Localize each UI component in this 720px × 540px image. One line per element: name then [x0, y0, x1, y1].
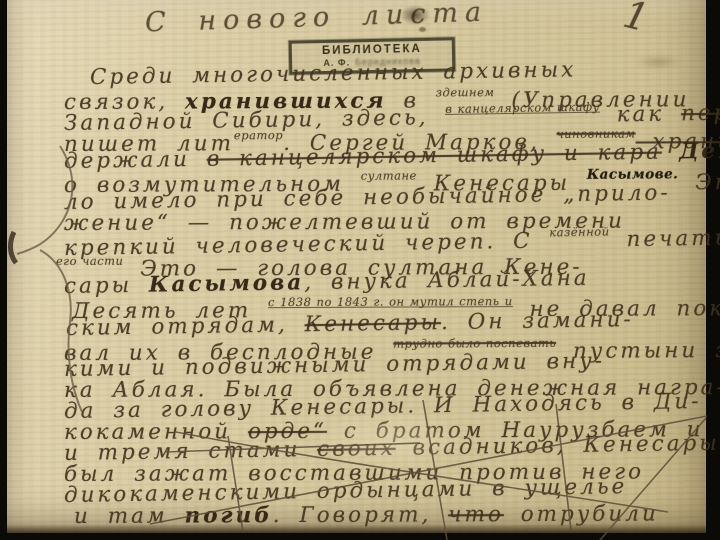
text-segment: в канцелярском шкафу — [445, 101, 600, 114]
text-segment: как — [600, 101, 682, 127]
text-segment: Касымове. — [587, 170, 679, 180]
text-segment: трудно было поспевать — [393, 337, 556, 348]
text-segment: и там — [74, 503, 185, 528]
text-segment: Кенесары — [304, 310, 441, 337]
text-segment: ским отрядам, — [66, 312, 305, 341]
text-segment: погиб — [184, 503, 272, 528]
text-segment: султане — [361, 171, 417, 181]
slide-frame: { "page": { "handwritten_title": "С ново… — [0, 0, 720, 540]
text-segment: печатью — [609, 225, 720, 252]
text-segment: Среди многочисленных архивных — [90, 57, 577, 90]
handwritten-title: С нового листа — [145, 0, 489, 38]
manuscript-line: и там погиб. Говорят, что отрубили — [74, 504, 714, 528]
text-segment: чиновникам — [557, 128, 636, 138]
text-segment: что — [448, 502, 504, 527]
text-segment: казённой — [549, 227, 609, 238]
text-segment: здешнем — [436, 87, 495, 97]
text-segment: . Говорят, — [273, 502, 448, 528]
manuscript-line: Среди многочисленных архивных — [90, 58, 714, 89]
text-segment: , внука Аблай-Хана — [304, 266, 590, 295]
text-segment: . Он замани- — [441, 307, 634, 335]
manuscript-paper: С нового листа 1 БИБЛИОТЕКА А. Ф.Бередни… — [7, 0, 706, 533]
text-segment: Касымова — [149, 270, 305, 297]
page-number: 1 — [619, 0, 653, 40]
text-segment: сары — [64, 273, 149, 299]
text-segment: держали — [64, 146, 207, 173]
text-segment: отрубили — [504, 501, 659, 527]
text-segment: Дело — [662, 138, 720, 164]
text-segment: его части — [56, 256, 124, 266]
ink-blot — [400, 5, 430, 25]
text-segment: ератор — [234, 130, 283, 140]
paper-smudge — [635, 55, 681, 69]
text-segment: передавал — [681, 99, 720, 126]
worn-spot — [307, 408, 477, 472]
ink-dot — [419, 27, 426, 32]
text-segment: с 1838 по 1843 г. он мутил степь и — [268, 296, 513, 308]
